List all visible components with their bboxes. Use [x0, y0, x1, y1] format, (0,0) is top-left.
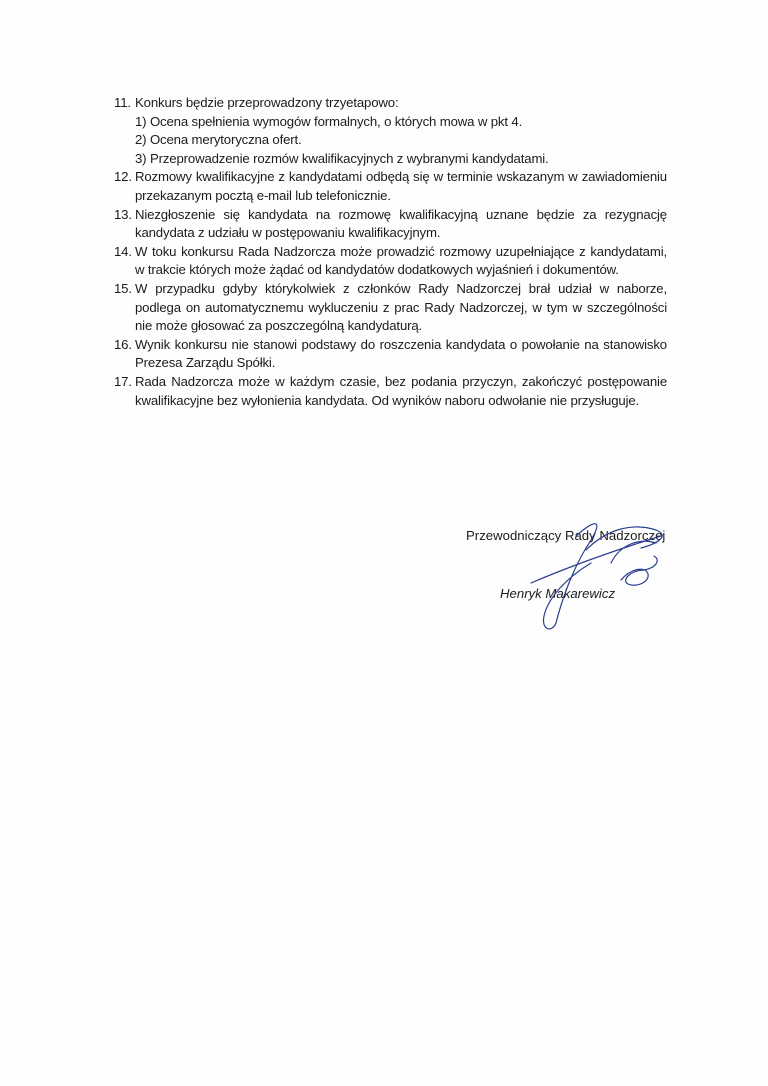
sub-item: 1) Ocena spełnienia wymogów formalnych, … — [135, 113, 667, 132]
item-text: Rada Nadzorcza może w każdym czasie, bez… — [135, 373, 667, 410]
item-text: Wynik konkursu nie stanowi podstawy do r… — [135, 336, 667, 373]
item-text: Rozmowy kwalifikacyjne z kandydatami odb… — [135, 168, 667, 205]
list-item-15: 15. W przypadku gdyby którykolwiek z czł… — [114, 280, 667, 336]
list-item-12: 12. Rozmowy kwalifikacyjne z kandydatami… — [114, 168, 667, 205]
list-item-11: 11. Konkurs będzie przeprowadzony trzyet… — [114, 94, 667, 168]
sub-item: 2) Ocena merytoryczna ofert. — [135, 131, 667, 150]
signatory-title: Przewodniczący Rady Nadzorczej — [466, 528, 665, 543]
list-item-16: 16. Wynik konkursu nie stanowi podstawy … — [114, 336, 667, 373]
item-number: 17. — [114, 373, 132, 392]
signatory-name: Henryk Makarewicz — [500, 586, 615, 601]
item-text: Niezgłoszenie się kandydata na rozmowę k… — [135, 206, 667, 243]
item-number: 12. — [114, 168, 132, 187]
item-text: Konkurs będzie przeprowadzony trzyetapow… — [135, 94, 667, 113]
item-text: W toku konkursu Rada Nadzorcza może prow… — [135, 243, 667, 280]
list-item-17: 17. Rada Nadzorcza może w każdym czasie,… — [114, 373, 667, 410]
item-number: 14. — [114, 243, 132, 262]
item-number: 15. — [114, 280, 132, 299]
item-text: W przypadku gdyby którykolwiek z członkó… — [135, 280, 667, 336]
item-number: 11. — [114, 94, 131, 113]
sub-item: 3) Przeprowadzenie rozmów kwalifikacyjny… — [135, 150, 667, 169]
item-number: 13. — [114, 206, 132, 225]
signature-block: Przewodniczący Rady Nadzorczej Henryk Ma… — [466, 528, 676, 638]
list-item-14: 14. W toku konkursu Rada Nadzorcza może … — [114, 243, 667, 280]
document-page: 11. Konkurs będzie przeprowadzony trzyet… — [0, 0, 768, 1086]
numbered-list: 11. Konkurs będzie przeprowadzony trzyet… — [114, 94, 667, 410]
list-item-13: 13. Niezgłoszenie się kandydata na rozmo… — [114, 206, 667, 243]
item-number: 16. — [114, 336, 132, 355]
